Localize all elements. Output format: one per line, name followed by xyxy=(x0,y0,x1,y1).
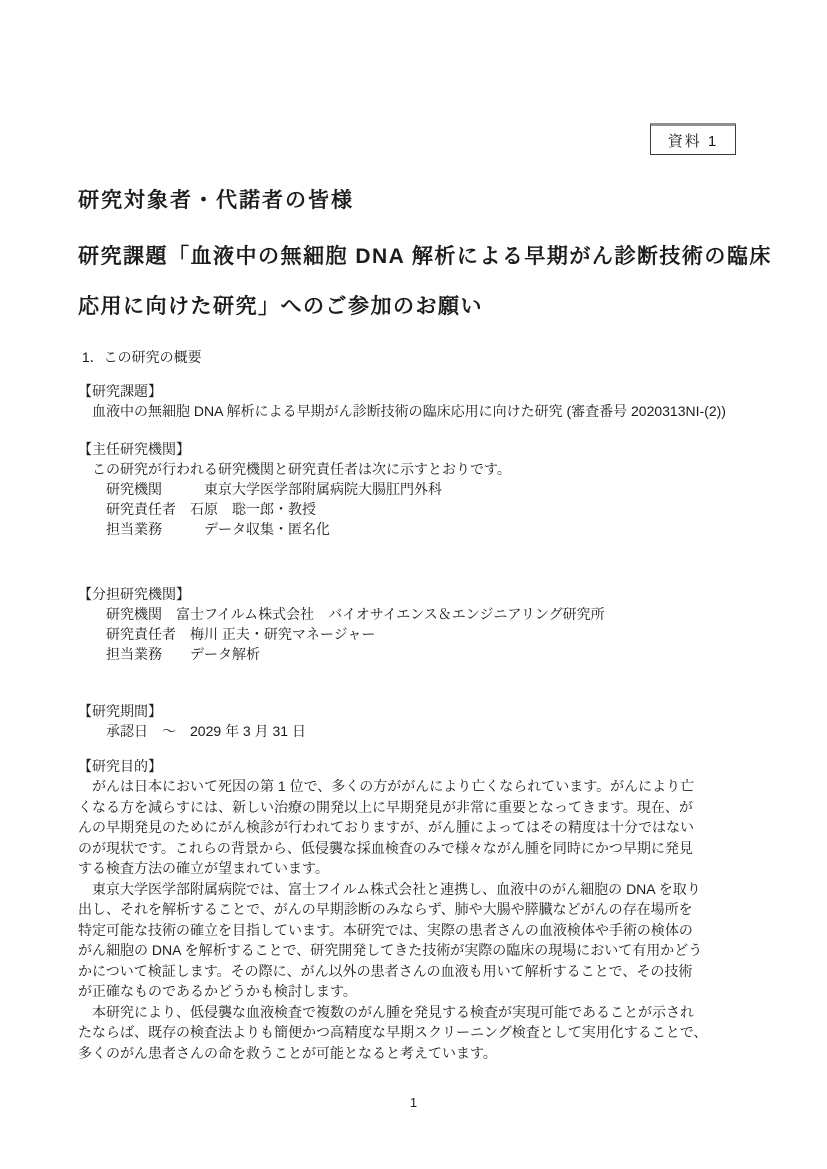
section-label-research-purpose: 【研究目的】 xyxy=(78,756,750,776)
purpose-p2-line: 特定可能な技術の確立を目指しています。本研究では、実際の患者さんの血液検体や手術… xyxy=(78,920,750,941)
purpose-p3-line: 多くのがん患者さんの命を救うことが可能となると考えています。 xyxy=(78,1043,750,1064)
section-research-period: 【研究期間】 承認日 ～ 2029 年 3 月 31 日 xyxy=(78,701,750,741)
purpose-p1-line: する検査方法の確立が望まれています。 xyxy=(78,858,750,879)
purpose-p1-line: くなる方を減らすには、新しい治療の開発以上に早期発見が非常に重要となってきます。… xyxy=(78,797,750,818)
section-label-collaborating-institution: 【分担研究機関】 xyxy=(78,584,750,604)
collaborating-institution-name: 研究機関 富士フイルム株式会社 バイオサイエンス＆エンジニアリング研究所 xyxy=(78,604,750,624)
purpose-p1-line: がんは日本において死因の第 1 位で、多くの方ががんにより亡くなられています。が… xyxy=(78,776,750,797)
document-title-line-2: 応用に向けた研究」へのご参加のお願い xyxy=(78,282,750,332)
section-label-research-title: 【研究課題】 xyxy=(78,381,750,401)
principal-institution-intro: この研究が行われる研究機関と研究責任者は次に示すとおりです。 xyxy=(78,459,750,479)
purpose-p3-line: 本研究により、低侵襲な血液検査で複数のがん腫を発見する検査が実現可能であることが… xyxy=(78,1002,750,1023)
purpose-p2-line: がん細胞の DNA を解析することで、研究開発してきた技術が実際の臨床の現場にお… xyxy=(78,940,750,961)
section-research-title: 【研究課題】 血液中の無細胞 DNA 解析による早期がん診断技術の臨床応用に向け… xyxy=(78,381,750,421)
section-label-research-period: 【研究期間】 xyxy=(78,701,750,721)
purpose-paragraph-1: がんは日本において死因の第 1 位で、多くの方ががんにより亡くなられています。が… xyxy=(78,776,750,879)
purpose-paragraph-2: 東京大学医学部附属病院では、富士フイルム株式会社と連携し、血液中のがん細胞の D… xyxy=(78,879,750,1002)
principal-institution-name: 研究機関 東京大学医学部附属病院大腸肛門外科 xyxy=(78,479,750,499)
collaborating-institution-role: 担当業務 データ解析 xyxy=(78,644,750,664)
section-collaborating-institution: 【分担研究機関】 研究機関 富士フイルム株式会社 バイオサイエンス＆エンジニアリ… xyxy=(78,584,750,664)
document-content: 研究対象者・代諾者の皆様 研究課題「血液中の無細胞 DNA 解析による早期がん診… xyxy=(78,0,750,1063)
purpose-p3-line: たならば、既存の検査法よりも簡便かつ高精度な早期スクリーニング検査として実用化す… xyxy=(78,1022,750,1043)
research-period-text: 承認日 ～ 2029 年 3 月 31 日 xyxy=(78,721,750,741)
purpose-p1-line: のが現状です。これらの背景から、低侵襲な採血検査のみで様々ながん腫を同時にかつ早… xyxy=(78,838,750,859)
purpose-p2-line: 出し、それを解析することで、がんの早期診断のみならず、肺や大腸や膵臓などがんの存… xyxy=(78,899,750,920)
salutation: 研究対象者・代諾者の皆様 xyxy=(78,0,750,216)
document-title-line-1: 研究課題「血液中の無細胞 DNA 解析による早期がん診断技術の臨床 xyxy=(78,232,750,282)
collaborating-investigator: 研究責任者 梅川 正夫・研究マネージャー xyxy=(78,624,750,644)
document-title: 研究課題「血液中の無細胞 DNA 解析による早期がん診断技術の臨床 応用に向けた… xyxy=(78,232,750,332)
principal-institution-role: 担当業務 データ収集・匿名化 xyxy=(78,519,750,539)
page-number: 1 xyxy=(0,1095,827,1110)
section-label-principal-institution: 【主任研究機関】 xyxy=(78,439,750,459)
purpose-paragraph-3: 本研究により、低侵襲な血液検査で複数のがん腫を発見する検査が実現可能であることが… xyxy=(78,1002,750,1064)
section-principal-institution: 【主任研究機関】 この研究が行われる研究機関と研究責任者は次に示すとおりです。 … xyxy=(78,439,750,539)
research-title-text: 血液中の無細胞 DNA 解析による早期がん診断技術の臨床応用に向けた研究 (審査… xyxy=(78,401,750,421)
principal-investigator: 研究責任者 石原 聡一郎・教授 xyxy=(78,499,750,519)
purpose-p1-line: んの早期発見のためにがん検診が行われておりますが、がん腫によってはその精度は十分… xyxy=(78,817,750,838)
section-heading-overview: 1．この研究の概要 xyxy=(78,347,750,367)
purpose-p2-line: かについて検証します。その際に、がん以外の患者さんの血液も用いて解析することで、… xyxy=(78,961,750,982)
section-research-purpose: 【研究目的】 がんは日本において死因の第 1 位で、多くの方ががんにより亡くなら… xyxy=(78,756,750,1063)
document-page: 資料 1 研究対象者・代諾者の皆様 研究課題「血液中の無細胞 DNA 解析による… xyxy=(0,0,827,1169)
purpose-p2-line: 東京大学医学部附属病院では、富士フイルム株式会社と連携し、血液中のがん細胞の D… xyxy=(78,879,750,900)
purpose-p2-line: が正確なものであるかどうかも検討します。 xyxy=(78,981,750,1002)
